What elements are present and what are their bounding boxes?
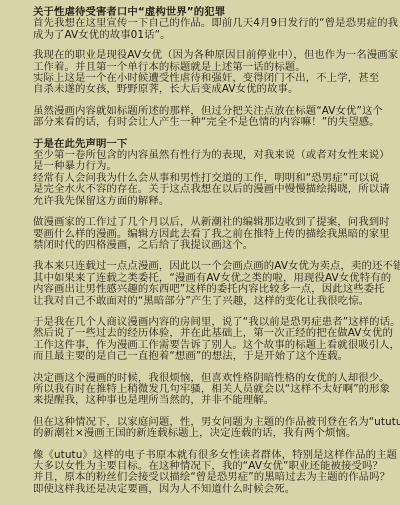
text-line: 我现在的职业是现役AV女优（因为各种原因目前停业中），但也作为一名漫画家 bbox=[33, 50, 369, 61]
text-line: 部分来看的话，有时会让人产生一种“完全不是色情的内容嘛！”的失望感。 bbox=[33, 117, 369, 128]
text-line: 让我对自己不敢面对的“黑暗部分”产生了兴趣，这样的变化让我很吃惊。 bbox=[33, 296, 369, 307]
paragraph-serialization: 但在这种情况下，以家庭问题，性，男女问题为主题的作品被刊登在名为“ututu” … bbox=[33, 417, 369, 440]
paragraph-disappointment: 虽然漫画内容就如标题所述的那样，但过分把关注点放在标题“AV女优”这个 部分来看… bbox=[33, 106, 369, 129]
text-line: 来提醒我，这种事也是理所当然的，并非不能理解。 bbox=[33, 395, 369, 406]
paragraph-readers: 像《ututu》这样的电子书原本就有很多女性读者群体，特别是这样作品的主题 大多… bbox=[33, 450, 369, 482]
paragraph-intro: 关于性虐待受害者口中“虚构世界”的犯罪 首先我想在这里宣传一下自己的作品。即前几… bbox=[33, 7, 369, 41]
text-line: 而且最主要的是自己一直抱着“想画”的想法，于是开始了这个连载。 bbox=[33, 351, 369, 362]
paragraph-declaration: 于是在此先声明一下 至少第一卷所包含的内容虽然有性行为的表现，对我来说（或者对女… bbox=[33, 139, 369, 207]
text-line: 成为了AV女优的故事01话”。 bbox=[33, 30, 369, 41]
text-line: 内容画出让男性感兴趣的东西吧”这样的委托内容比较多一点，因此这些委托 bbox=[33, 284, 369, 295]
paragraph-worries: 决定画这个漫画的时候，我很烦恼，但喜欢性格阴暗性格的女优的人却很少。 所以我有时… bbox=[33, 373, 369, 407]
text-line: 的新潮社×漫画王国的新连载标题上，决定连载的话，我有两个烦恼。 bbox=[33, 428, 369, 439]
paragraph-commissions: 我本来只连载过一点点漫画，因此以一个会画点画的AV女优为卖点，卖的还不错。 其中… bbox=[33, 261, 369, 307]
text-line: 做漫画家的工作过了几个月以后，从新潮社的编辑那边收到了提案，问我到时 bbox=[33, 217, 369, 228]
document-body: 关于性虐待受害者口中“虚构世界”的犯罪 首先我想在这里宣传一下自己的作品。即前几… bbox=[33, 7, 369, 482]
text-line: 并且，原本的粉丝们会接受以描绘“曾是恐男症”的黑暗过去为主题的作品吗？ bbox=[33, 472, 369, 482]
paragraph-profession: 我现在的职业是现役AV女优（因为各种原因目前停业中），但也作为一名漫画家 工作着… bbox=[33, 50, 369, 96]
text-line: 禁闭时代的四格漫画，之后给了我提议画这个。 bbox=[33, 240, 369, 251]
text-line: 我本来只连载过一点点漫画，因此以一个会画点画的AV女优为卖点，卖的还不错。 bbox=[33, 261, 369, 272]
text-line: 是完全水火不容的存在。关于这点我想在以后的漫画中慢慢描绘揭晓，所以请 bbox=[33, 184, 369, 195]
paragraph-meeting: 于是我在几个人商议漫画内容的房间里，说了“我以前是恐男症患者”这样的话。 然后说… bbox=[33, 317, 369, 363]
text-line: 允许我先保留这方面的解释。 bbox=[33, 196, 369, 207]
text-line: 自杀未遂的女孩，野野原荠，长大后变成AV女优的故事。 bbox=[33, 84, 369, 95]
paragraph-proposal: 做漫画家的工作过了几个月以后，从新潮社的编辑那边收到了提案，问我到时 要画什么样… bbox=[33, 217, 369, 251]
